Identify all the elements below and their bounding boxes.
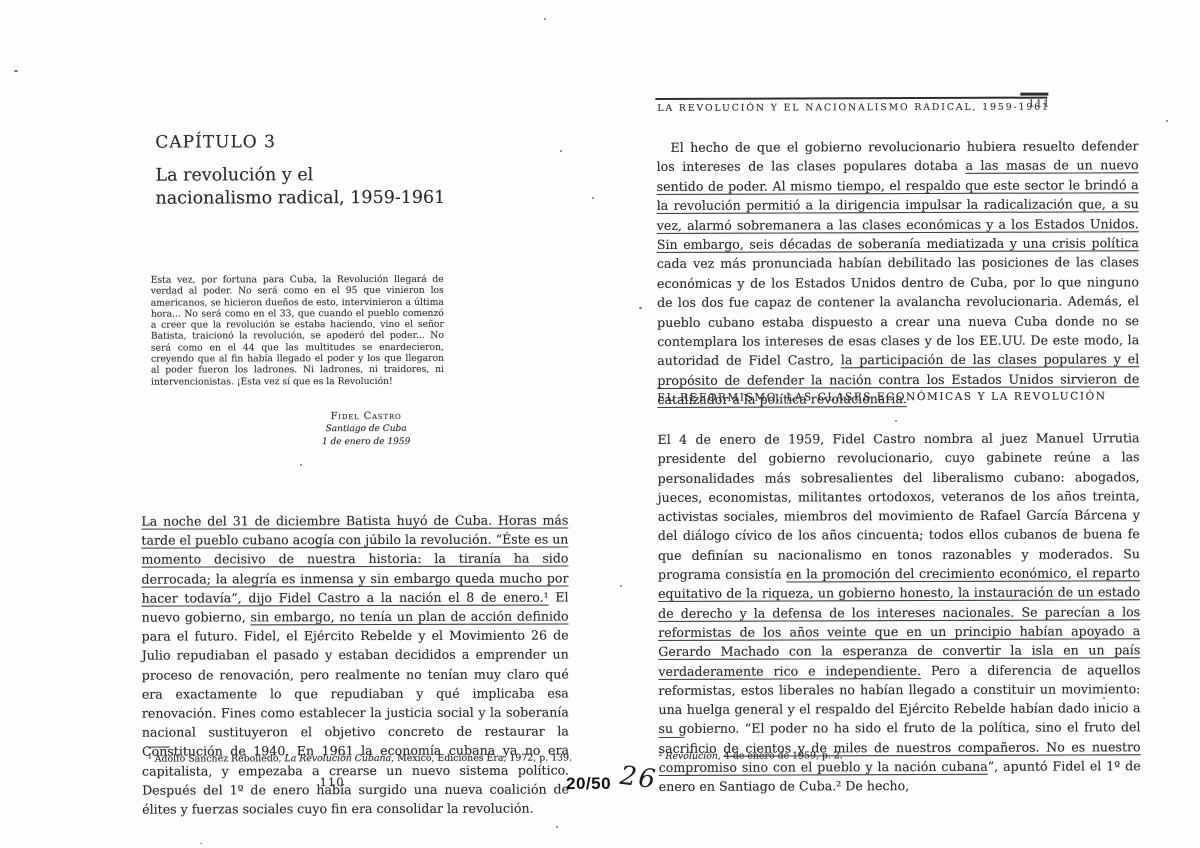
scan-speck [592,197,594,199]
section-heading: EL REFORMISMO, LAS CLASES ECONÓMICAS Y L… [657,390,1106,404]
epigraph-attribution: Fidel Castro Santiago de Cuba 1 de enero… [281,410,451,449]
scan-speck [300,464,302,466]
handwritten-number: 26 [618,761,658,795]
epigraph-quote: Esta vez, por fortuna para Cuba, la Revo… [151,274,444,388]
footnote-rule [148,747,170,748]
right-paragraph-2: El 4 de enero de 1959, Fidel Castro nomb… [658,428,1141,796]
page-counter: 20/50 [566,774,611,794]
right-footnote: ² Revolución, 4 de enero de 1959, p. 2. [659,749,1089,762]
footnote-rule [659,737,685,738]
running-header: LA REVOLUCIÓN Y EL NACIONALISMO RADICAL,… [657,102,1049,114]
left-footnote: ¹ Adolfo Sánchez Rebolledo, La Revolució… [148,752,578,764]
attribution-name: Fidel Castro [281,410,451,423]
chapter-title-line-1: La revolución y el [155,165,313,185]
left-page: CAPÍTULO 3 La revolución y el nacionalis… [0,0,642,848]
attribution-date: 1 de enero de 1959 [281,436,451,449]
right-page-number: 111 [1028,99,1050,110]
scan-speck [620,585,622,587]
running-header-rule-tick [1020,93,1048,96]
right-paragraph-1: El hecho de que el gobierno revolucionar… [656,136,1139,409]
running-header-rule [655,97,1047,100]
scan-speck [560,150,562,152]
scan-speck [1103,697,1105,699]
scan-speck [14,70,18,72]
scan-speck [200,843,202,844]
chapter-label: CAPÍTULO 3 [155,132,276,152]
scan-speck [895,420,897,422]
left-body-paragraph: La noche del 31 de diciembre Batista huy… [141,511,569,819]
scan-speck [639,307,642,309]
right-page: LA REVOLUCIÓN Y EL NACIONALISMO RADICAL,… [640,0,1200,848]
scan-speck [1166,120,1168,122]
attribution-place: Santiago de Cuba [281,423,451,436]
scan-speck [556,826,558,828]
scan-speck [544,18,546,20]
left-page-number: 110 [302,775,362,789]
scanned-book-spread: CAPÍTULO 3 La revolución y el nacionalis… [0,0,1200,848]
chapter-title-line-2: nacionalismo radical, 1959-1961 [155,188,445,209]
